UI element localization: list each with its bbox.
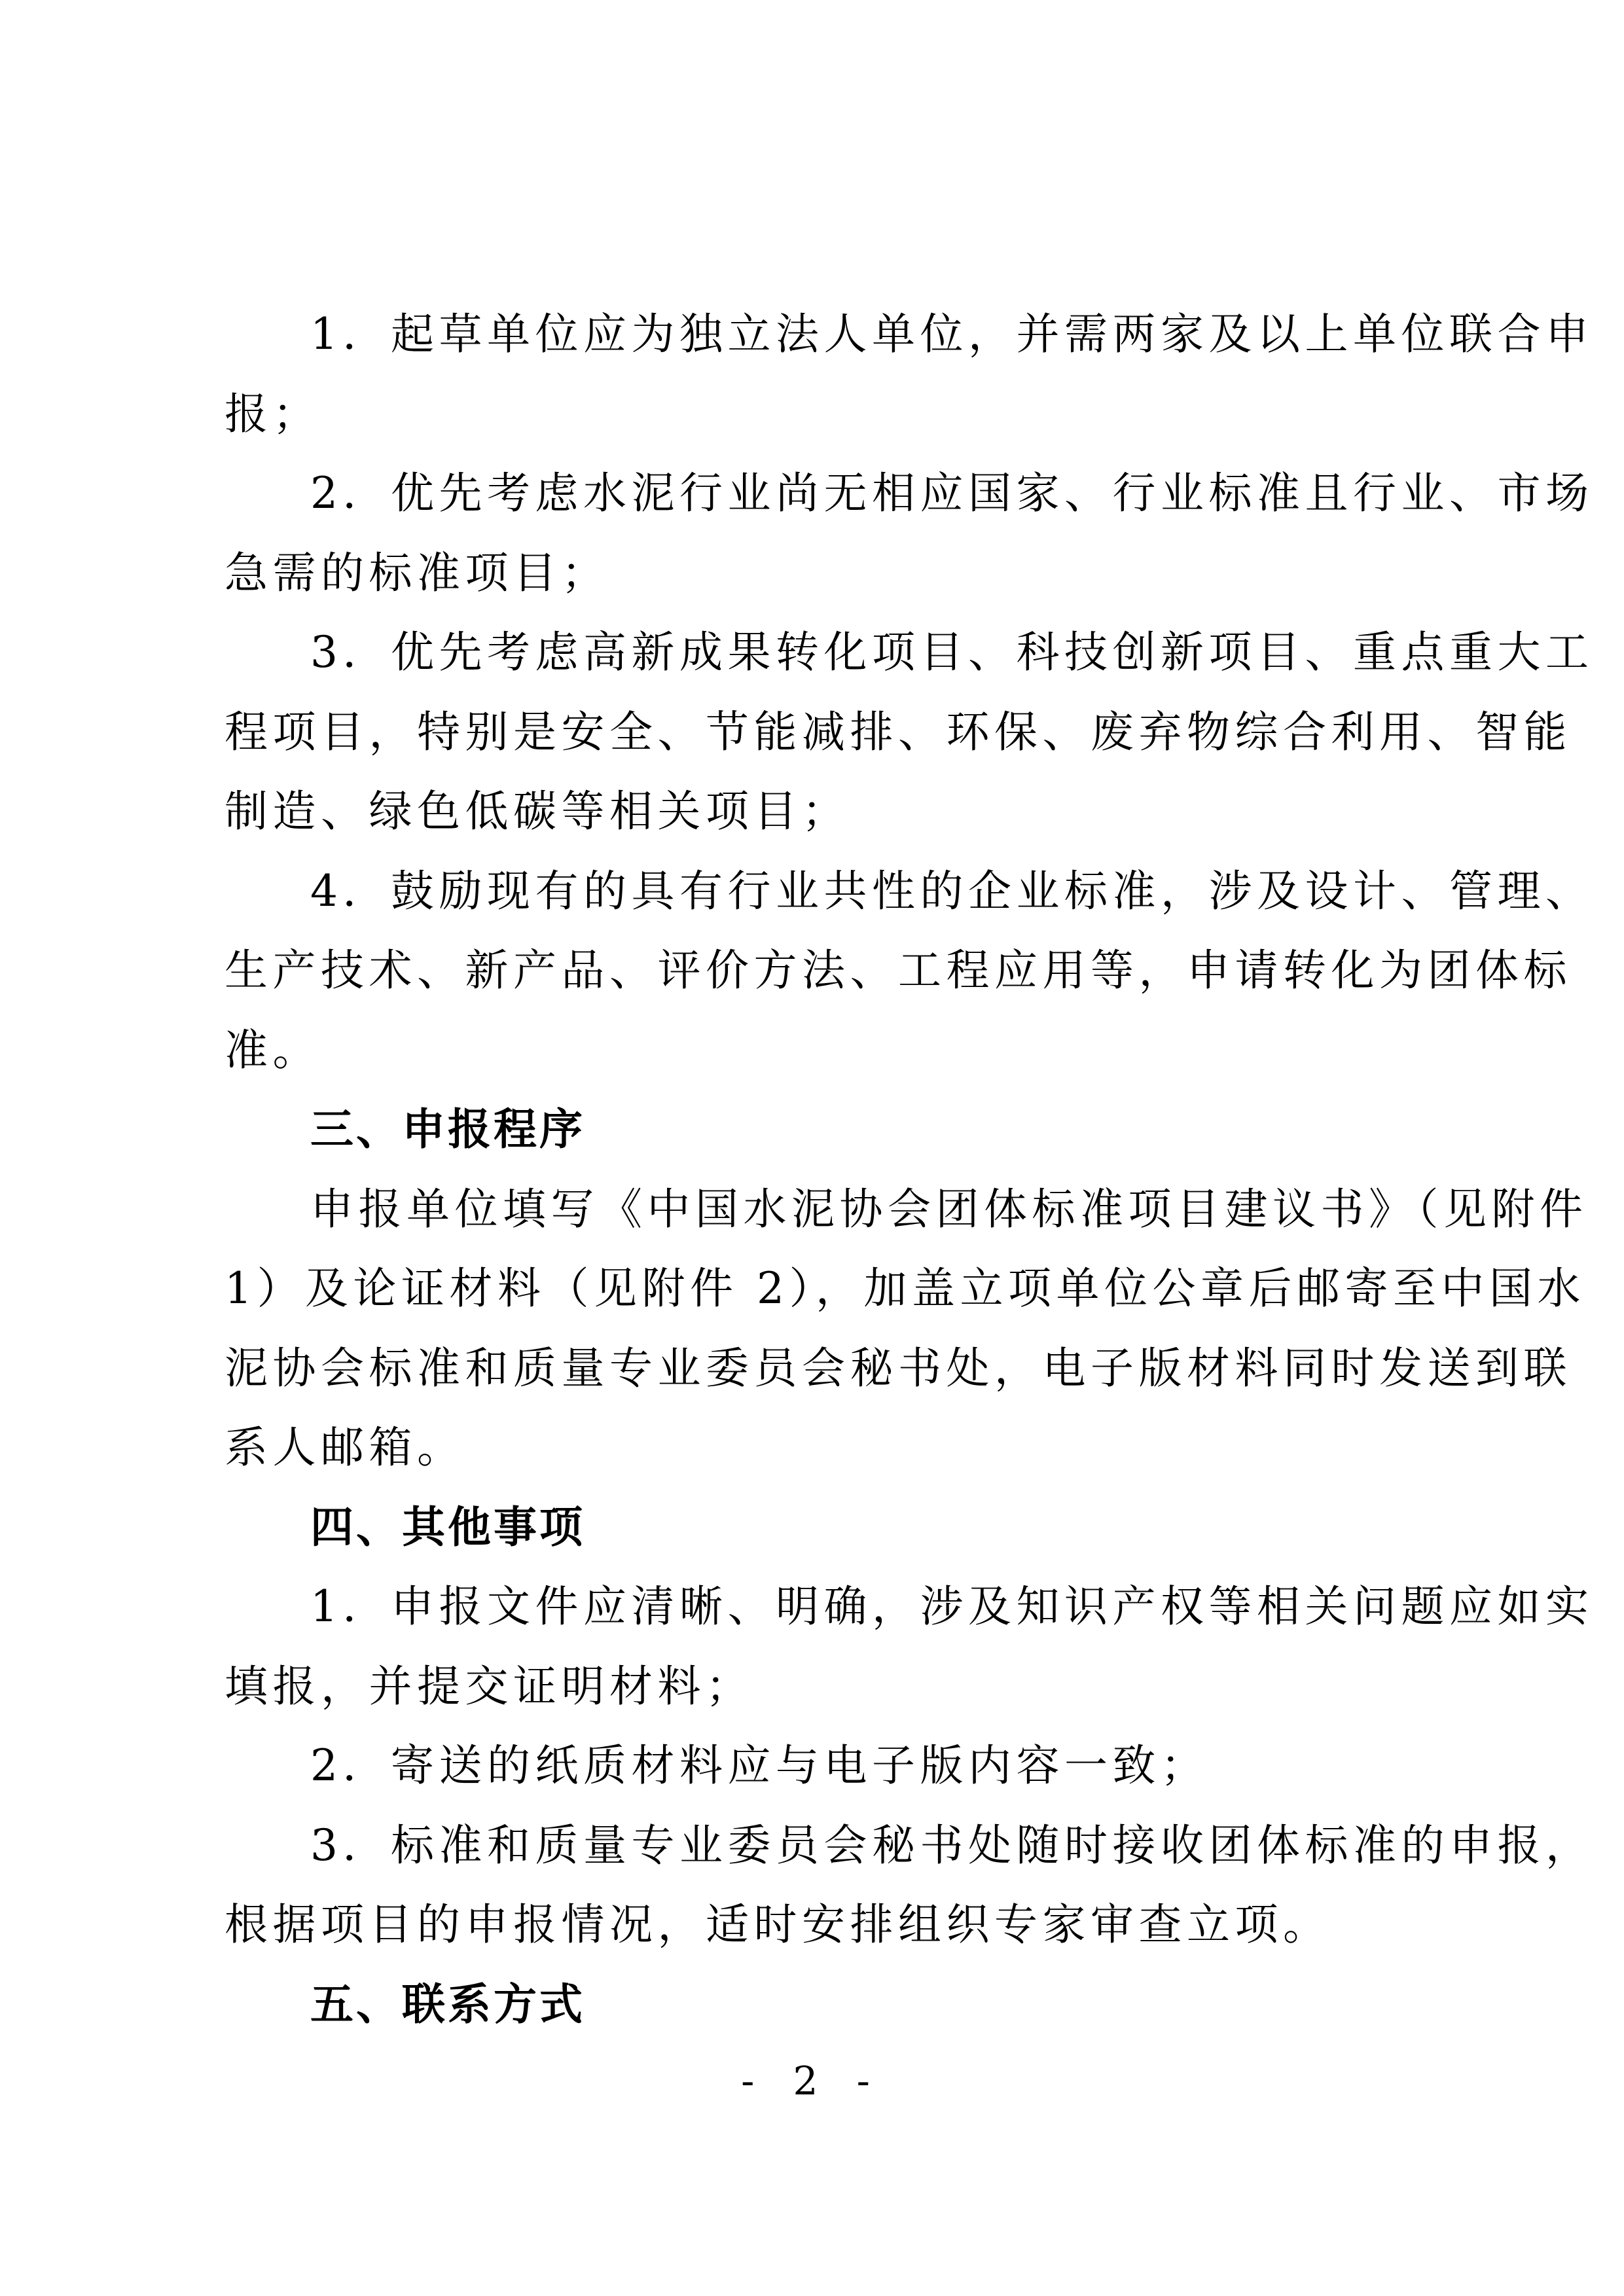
section-heading: 五、联系方式	[310, 1983, 1436, 2026]
paragraph-line: 1．起草单位应为独立法人单位，并需两家及以上单位联合申	[310, 313, 1436, 356]
paragraph-line: 3．优先考虑高新成果转化项目、科技创新项目、重点重大工	[310, 631, 1436, 674]
paragraph-line: 程项目，特别是安全、节能减排、环保、废弃物综合利用、智能	[225, 711, 1435, 754]
paragraph-line: 申报单位填写《中国水泥协会团体标准项目建议书》（见附件	[310, 1188, 1436, 1231]
paragraph-line: 2．寄送的纸质材料应与电子版内容一致；	[310, 1744, 1436, 1787]
paragraph-line: 泥协会标准和质量专业委员会秘书处，电子版材料同时发送到联	[225, 1347, 1435, 1390]
paragraph-line: 3．标准和质量专业委员会秘书处随时接收团体标准的申报，	[310, 1824, 1436, 1867]
paragraph-line: 生产技术、新产品、评价方法、工程应用等，申请转化为团体标	[225, 949, 1435, 992]
paragraph-line: 4．鼓励现有的具有行业共性的企业标准，涉及设计、管理、	[310, 870, 1436, 913]
paragraph-line: 填报，并提交证明材料；	[225, 1665, 1435, 1708]
paragraph-line: 2．优先考虑水泥行业尚无相应国家、行业标准且行业、市场	[310, 472, 1436, 515]
paragraph-line: 制造、绿色低碳等相关项目；	[225, 790, 1435, 833]
paragraph-line: 系人邮箱。	[225, 1426, 1435, 1469]
section-heading: 四、其他事项	[310, 1506, 1436, 1549]
paragraph-line: 报；	[225, 393, 1435, 436]
paragraph-line: 1．申报文件应清晰、明确，涉及知识产权等相关问题应如实	[310, 1585, 1436, 1628]
section-heading: 三、申报程序	[310, 1108, 1436, 1151]
paragraph-line: 根据项目的申报情况，适时安排组织专家审查立项。	[225, 1903, 1435, 1946]
paragraph-line: 准。	[225, 1029, 1435, 1072]
paragraph-line: 急需的标准项目；	[225, 552, 1435, 595]
paragraph-line: 1）及论证材料（见附件 2），加盖立项单位公章后邮寄至中国水	[225, 1267, 1435, 1310]
page-number: - 2 -	[0, 2062, 1624, 2101]
